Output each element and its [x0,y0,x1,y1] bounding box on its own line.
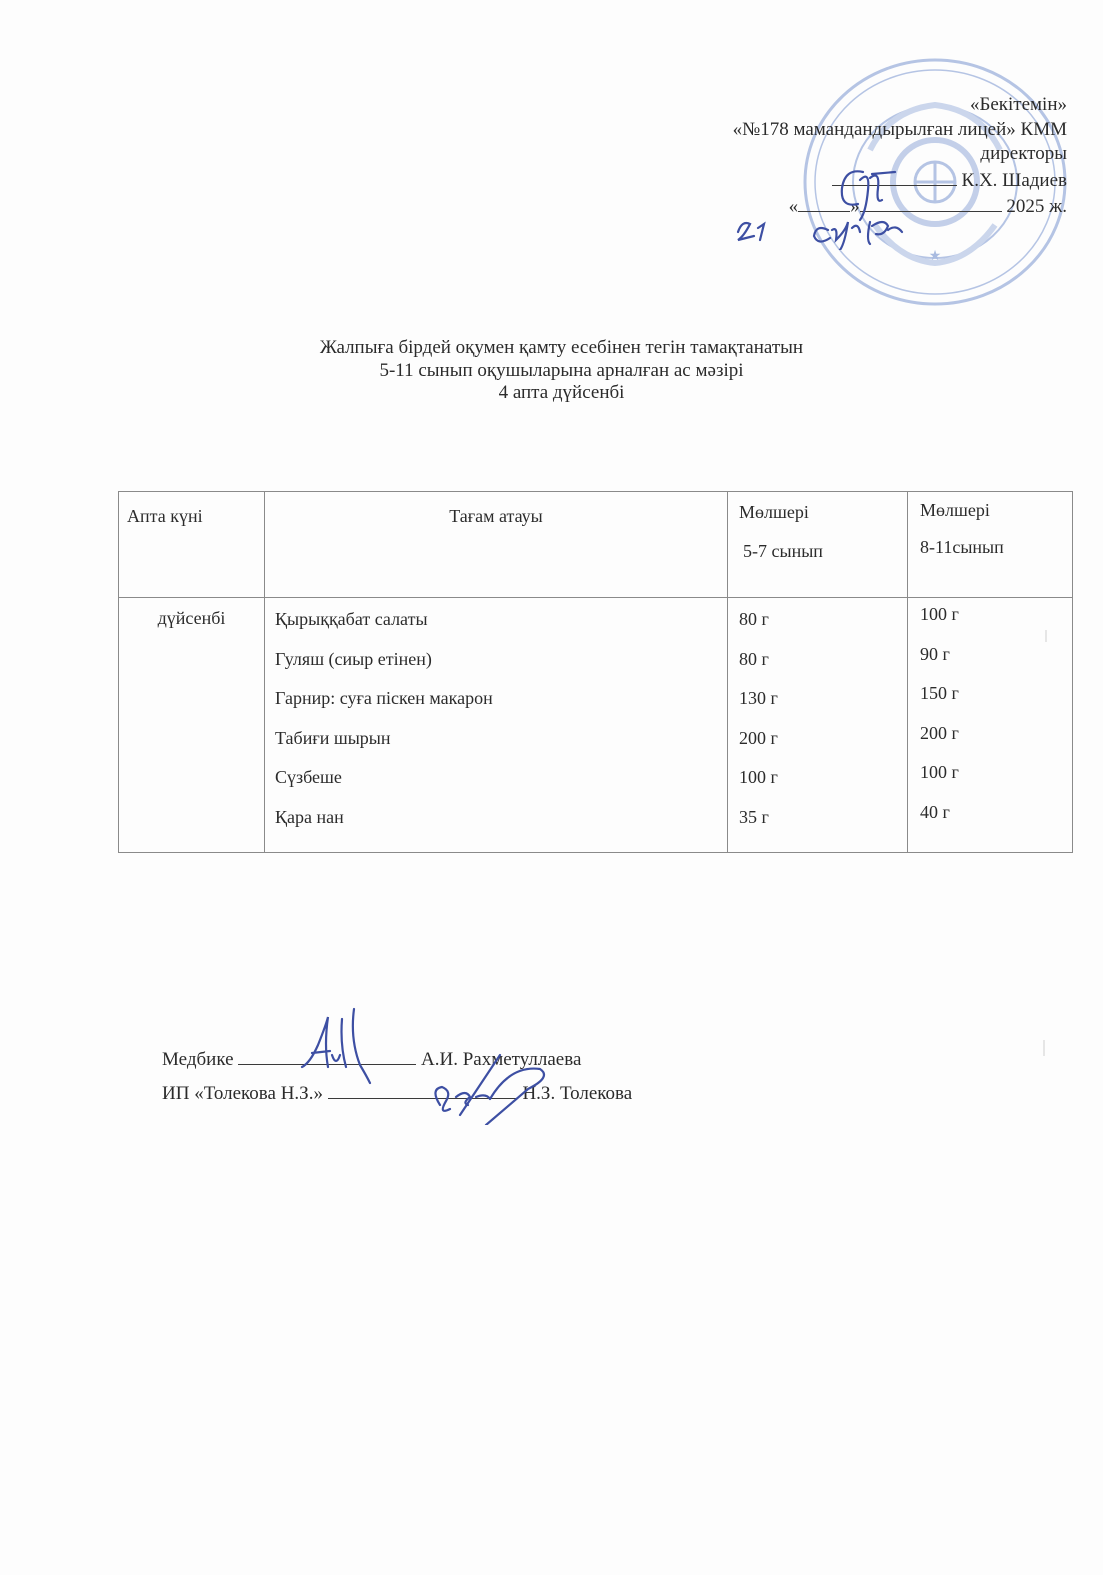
qty-8-11-list: 100 г 90 г 150 г 200 г 100 г 40 г [908,598,1073,853]
qty-value: 80 г [739,648,907,688]
header-qty-5-7: Мөлшері 5-7 сынып [728,492,908,598]
header-day: Апта күні [119,492,265,598]
scan-mark [1045,630,1047,642]
approve-label: «Бекітемін» [733,93,1067,118]
menu-table: Апта күні Тағам атауы Мөлшері 5-7 сынып … [118,491,1073,853]
dish-name: Қырыққабат салаты [275,608,727,648]
nurse-label: Медбике [162,1049,234,1070]
handwritten-signatures [290,1005,590,1125]
header-dish: Тағам атауы [265,492,728,598]
title-line-3: 4 апта дүйсенбі [0,382,1103,405]
table-header-row: Апта күні Тағам атауы Мөлшері 5-7 сынып … [119,492,1073,598]
qty-value: 90 г [920,643,1072,683]
director-signature [720,160,940,250]
day-cell: дүйсенбі [119,598,265,853]
qty-value: 130 г [739,687,907,727]
scan-mark [1043,1040,1045,1056]
qty-value: 100 г [920,761,1072,801]
qty-value: 100 г [920,603,1072,643]
qty-value: 40 г [920,801,1072,841]
dish-name: Қара нан [275,806,727,846]
date-year: 2025 ж. [1006,196,1067,217]
dish-list: Қырыққабат салаты Гуляш (сиыр етінен) Га… [265,598,728,853]
qty-5-7-list: 80 г 80 г 130 г 200 г 100 г 35 г [728,598,908,853]
dish-name: Табиғи шырын [275,727,727,767]
dish-name: Гуляш (сиыр етінен) [275,648,727,688]
title-line-1: Жалпыға бірдей оқумен қамту есебінен тег… [0,337,1103,360]
qty-value: 200 г [739,727,907,767]
qty-value: 200 г [920,722,1072,762]
table-row: дүйсенбі Қырыққабат салаты Гуляш (сиыр е… [119,598,1073,853]
document-title: Жалпыға бірдей оқумен қамту есебінен тег… [0,337,1103,405]
qty-value: 100 г [739,766,907,806]
qty-value: 150 г [920,682,1072,722]
organization-name: «№178 мамандандырылған лицей» КММ [733,118,1067,143]
qty-value: 80 г [739,608,907,648]
dish-name: Сүзбеше [275,766,727,806]
director-name: К.Х. Шадиев [962,170,1067,191]
title-line-2: 5-11 сынып оқушыларына арналған ас мәзір… [0,360,1103,383]
header-qty-8-11: Мөлшері 8-11сынып [908,492,1073,598]
qty-value: 35 г [739,806,907,846]
dish-name: Гарнир: суға піскен макарон [275,687,727,727]
svg-text:★: ★ [929,248,942,264]
